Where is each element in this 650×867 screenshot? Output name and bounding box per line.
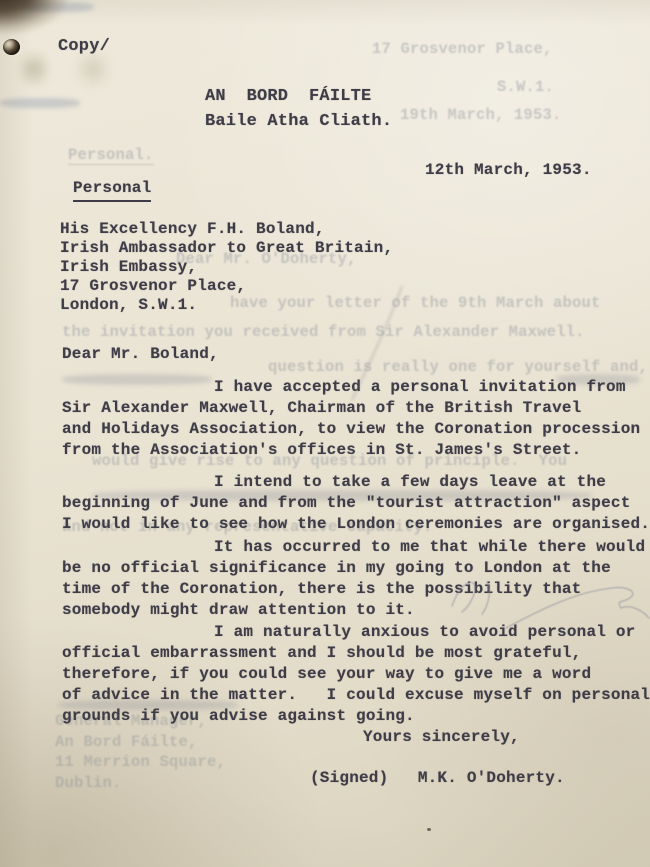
text-line: grounds if you advise against going. bbox=[62, 706, 650, 727]
photo-corner-shadow bbox=[0, 0, 69, 41]
text-line: of advice in the matter. I could excuse … bbox=[62, 685, 650, 706]
text-line: official embarrassment and I should be m… bbox=[62, 643, 650, 664]
text-line: from the Association's offices in St. Ja… bbox=[62, 440, 640, 461]
text-line: therefore, if you could see your way to … bbox=[62, 664, 650, 685]
letter-date: 12th March, 1953. bbox=[425, 160, 592, 181]
body-paragraph-4: I am naturally anxious to avoid personal… bbox=[62, 622, 650, 727]
copy-label: Copy/ bbox=[58, 36, 110, 57]
text-line: somebody might draw attention to it. bbox=[62, 600, 645, 621]
ghost-smudge bbox=[0, 98, 80, 108]
text-line: I would like to see how the London cerem… bbox=[62, 514, 650, 535]
scanned-letter-page: 17 Grosvenor Place, S.W.1. 19th March, 1… bbox=[0, 0, 650, 867]
text-line: 17 Grosvenor Place, bbox=[60, 277, 393, 296]
text-line: beginning of June and from the "tourist … bbox=[62, 493, 650, 514]
text-line: It has occurred to me that while there w… bbox=[62, 537, 645, 558]
salutation: Dear Mr. Boland, bbox=[62, 344, 219, 365]
text-line: Irish Ambassador to Great Britain, bbox=[60, 239, 393, 258]
ghost-sender-line: Dublin. bbox=[55, 774, 122, 792]
text-line: Irish Embassy, bbox=[60, 258, 393, 277]
text-line: Sir Alexander Maxwell, Chairman of the B… bbox=[62, 398, 640, 419]
signature-line: (Signed) M.K. O'Doherty. bbox=[310, 768, 565, 789]
body-paragraph-2: I intend to take a few days leave at the… bbox=[62, 472, 650, 535]
text-line: and Holidays Association, to view the Co… bbox=[62, 419, 640, 440]
recipient-address-block: His Excellency F.H. Boland,Irish Ambassa… bbox=[60, 220, 393, 315]
ink-speck bbox=[427, 828, 431, 831]
ghost-address-line: S.W.1. bbox=[497, 78, 554, 96]
ghost-sender-line: An Bord Fáilte, bbox=[55, 733, 198, 751]
ghost-address-line: 17 Grosvenor Place, bbox=[372, 40, 553, 58]
letterhead-org-name: AN BORD FÁILTE bbox=[205, 86, 371, 107]
ghost-classification: Personal. bbox=[68, 146, 154, 165]
classification-label: Personal bbox=[73, 178, 151, 202]
ghost-date-line: 19th March, 1953. bbox=[400, 106, 562, 124]
punch-hole bbox=[3, 39, 20, 55]
text-line: London, S.W.1. bbox=[60, 296, 393, 315]
ghost-sender-line: 11 Merrion Square, bbox=[55, 753, 226, 771]
ghost-body-line: the invitation you received from Sir Ale… bbox=[62, 323, 585, 341]
closing: Yours sincerely, bbox=[363, 727, 520, 748]
text-line: be no official significance in my going … bbox=[62, 558, 645, 579]
text-line: His Excellency F.H. Boland, bbox=[60, 220, 393, 239]
text-line: I am naturally anxious to avoid personal… bbox=[62, 622, 650, 643]
text-line: time of the Coronation, there is the pos… bbox=[62, 579, 645, 600]
body-paragraph-3: It has occurred to me that while there w… bbox=[62, 537, 645, 621]
letterhead-city: Baile Atha Cliath. bbox=[205, 111, 392, 132]
harp-watermark bbox=[20, 46, 48, 92]
body-paragraph-1: I have accepted a personal invitation fr… bbox=[62, 377, 640, 461]
text-line: I intend to take a few days leave at the bbox=[62, 472, 650, 493]
text-line: I have accepted a personal invitation fr… bbox=[62, 377, 640, 398]
